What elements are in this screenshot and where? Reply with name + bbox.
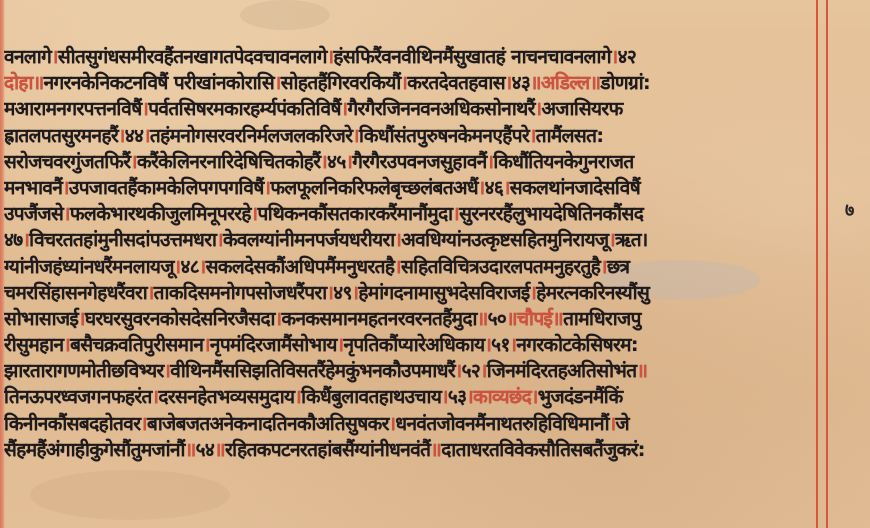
text-segment: तामैंलसत: — [536, 125, 604, 147]
rubric-segment: । — [147, 282, 154, 304]
rubric-segment: । — [611, 46, 618, 68]
text-segment: सुरनररहैंलुभायदेषितिनकौंसद — [459, 203, 643, 225]
text-segment: सरोजचवरगुंजतफिरैं — [4, 151, 130, 173]
rubric-segment: दोहा — [4, 72, 33, 94]
text-segment: दरसनहेतभव्यसमुदाय — [158, 386, 294, 408]
text-segment: धनवंतजोवनमैंनाथतरुहिविधिमानौं — [395, 413, 609, 435]
text-segment: उपजैंजसे — [4, 203, 63, 225]
text-segment: डोणग्रां: — [600, 72, 650, 94]
text-segment: ह्रातलपतसुरमनहरैं — [4, 125, 118, 147]
rubric-segment: । — [529, 125, 536, 147]
rubric-segment: ॥ — [33, 72, 44, 94]
rubric-segment: । — [600, 256, 607, 278]
text-segment: फलकेभारथकीजुलमिनूपररहे — [70, 203, 251, 225]
text-segment: सहितविचित्रउदारलपतमनुहरतुहै — [401, 256, 600, 278]
text-segment: बसैचक्रवतिपुरीसमान — [70, 334, 203, 356]
marginal-folio-note: ७ — [845, 198, 854, 222]
text-segment: करैंकेलिनरनारिदेषिचितकोहरैं — [137, 151, 320, 173]
rubric-segment: । — [455, 360, 462, 382]
text-segment: करतदेवतहवास — [407, 72, 505, 94]
text-segment: ताकदिसमनोगपसोजधरैंपरा — [154, 282, 327, 304]
rubric-segment: । — [480, 360, 487, 382]
paper-stain — [30, 470, 230, 520]
text-segment: जिनमंदिरतहअतिसोभंत — [487, 360, 637, 382]
text-line: सैंहमहैंअंगाहीकुगेसौंतुमजांनौं॥५४॥रहितकप… — [4, 437, 834, 463]
rubric-segment: । — [118, 125, 125, 147]
text-segment: पर्वतसिषरमकारहर्म्यपंकतिविषैं — [148, 98, 341, 120]
text-segment: कनकसमानमहतनरवरनतहैंमुदा — [281, 308, 476, 330]
text-line: सरोजचवरगुंजतफिरैं।करैंकेलिनरनारिदेषिचितक… — [4, 149, 834, 175]
rubric-segment: । — [352, 125, 359, 147]
text-segment: हंसफिरैंवनवीथिनमैंसुखातहं नाचनचावनलागे — [333, 46, 611, 68]
text-segment: ४७ — [4, 229, 23, 251]
text-segment: ४५ — [327, 151, 346, 173]
text-segment: ४४ — [125, 125, 144, 147]
rubric-segment: ॥ — [552, 308, 563, 330]
text-segment: झारतारागणमोतीछविभ्यर — [4, 360, 164, 382]
text-segment: नगरकोटकेसिषरम: — [516, 334, 638, 356]
text-segment: पथिकनकौंसतकारकरैंमानौंमुदा — [258, 203, 453, 225]
rubric-segment: अडिल्ल — [541, 72, 590, 94]
text-segment: सीतसुगंधसमीरवहैंतनखागतपेदवचावनलागे — [58, 46, 327, 68]
rubric-segment: । — [531, 386, 538, 408]
rubric-segment: । — [51, 46, 58, 68]
text-segment: अवधिग्यांनउत्कृष्टसहितमुनिरायजू — [401, 229, 608, 251]
text-segment: तहंमनोगसरवरनिर्मलजलकरिजरे — [150, 125, 352, 147]
text-segment: किधैंबुलावतहाथउचाय — [301, 386, 441, 408]
text-segment: हेमरत्नकरिनस्यौंसु — [536, 282, 649, 304]
text-segment: बाजेबजतअनेकनादतिनकौअतिसुषकर — [147, 413, 389, 435]
text-segment: किधौंसंतपुरुषनकेमनएहैंपरे — [359, 125, 529, 147]
paper-stain — [240, 0, 330, 30]
text-segment: छत्र — [607, 256, 630, 278]
text-segment: नगरनकेनिकटनविषैं परीखांनकोरासि — [44, 72, 274, 94]
text-segment: ४९ — [333, 282, 352, 304]
rubric-segment: । — [78, 308, 85, 330]
text-segment: ५४ — [196, 439, 215, 461]
rubric-segment: ॥ — [590, 72, 601, 94]
text-segment: जे — [616, 413, 630, 435]
rubric-segment: ॥ — [214, 439, 225, 461]
text-segment: रीसुमहान — [4, 334, 63, 356]
rubric-segment: । — [503, 177, 510, 199]
text-line: ह्रातलपतसुरमनहरैं।४४।तहंमनोगसरवरनिर्मलजल… — [4, 123, 834, 149]
rubric-segment: । — [199, 256, 206, 278]
text-segment: ऋत। — [615, 229, 647, 251]
text-segment: चमरसिंहासनगेहधरैंवरा — [4, 282, 147, 304]
rubric-segment: । — [505, 72, 512, 94]
text-segment: सकलथांनजादेसविषैं — [510, 177, 640, 199]
text-segment: किनीनकौंसबदहोतवर — [4, 413, 140, 435]
rubric-segment: । — [394, 256, 401, 278]
manuscript-text-block: वनलागे।सीतसुगंधसमीरवहैंतनखागतपेदवचावनलाग… — [4, 44, 834, 463]
text-segment: विचरततहांमुनीसदांपउत्तमधरा — [29, 229, 216, 251]
rubric-segment: । — [251, 203, 258, 225]
text-segment: गैरगैरजिननवनअधिकसोनाथरैं — [347, 98, 534, 120]
text-segment: दाताधरतविवेकसौतिसबतैंजुकरं: — [441, 439, 645, 461]
rubric-segment: ॥ — [636, 360, 647, 382]
text-segment: ४३ — [512, 72, 531, 94]
rubric-segment: । — [143, 125, 150, 147]
text-line: तिनऊपरध्वजगनफहरंत।दरसनहेतभव्यसमुदाय।किधै… — [4, 384, 834, 410]
rubric-segment: ॥ — [430, 439, 441, 461]
text-segment: ४२ — [618, 46, 637, 68]
rubric-segment: । — [63, 203, 70, 225]
text-segment: उपजावतहैंकामकेलिपगपगविषैं — [69, 177, 264, 199]
rubric-segment: चौपई — [517, 308, 552, 330]
rubric-segment: । — [441, 386, 448, 408]
text-segment: मआरामनगरपत्तनविषैं — [4, 98, 142, 120]
text-line: ४७।विचरततहांमुनीसदांपउत्तमधरा।केवलग्यांन… — [4, 227, 834, 253]
text-segment: सोभासाजई — [4, 308, 78, 330]
text-line: सोभासाजई।घरघरसुवरनकोसदेसनिरजैसदा।कनकसमान… — [4, 306, 834, 332]
rubric-segment: । — [216, 229, 223, 251]
text-line: मआरामनगरपत्तनविषैं।पर्वतसिषरमकारहर्म्यपं… — [4, 96, 834, 122]
text-segment: हेमांगदनामासुभदेसविराजई — [358, 282, 529, 304]
rubric-segment: ॥ — [530, 72, 541, 94]
text-segment: ५० — [488, 308, 507, 330]
text-line: वनलागे।सीतसुगंधसमीरवहैंतनखागतपेदवचावनलाग… — [4, 44, 834, 70]
text-segment: मनभावनैं — [4, 177, 62, 199]
text-segment: गैरगैरउपवनजसुहावनैं — [352, 151, 487, 173]
rubric-segment: । — [203, 334, 210, 356]
text-line: चमरसिंहासनगेहधरैंवरा।ताकदिसमनोगपसोजधरैंप… — [4, 280, 834, 306]
text-segment: वीथिनमैंससिझतिविसतरैंहेमकुंभनकौउपमाधरैं — [170, 360, 455, 382]
text-segment: सोहतहैंगिरवरकियौं — [281, 72, 401, 94]
text-segment: भुजदंडनमैंकिं — [538, 386, 623, 408]
rubric-segment: । — [609, 413, 616, 435]
text-segment: फलफूलनिकरिफलेबृच्छलंबतअधैं — [270, 177, 478, 199]
text-segment: तामधिराजपु — [563, 308, 641, 330]
rubric-segment: ॥ — [506, 308, 517, 330]
rubric-segment: ॥ — [185, 439, 196, 461]
text-segment: ग्यांनीजहंध्यांनधरैंमनलायजू — [4, 256, 174, 278]
text-segment: ५३ — [448, 386, 467, 408]
text-segment: ४६ — [485, 177, 504, 199]
text-segment: सैंहमहैंअंगाहीकुगेसौंतुमजांनौं — [4, 439, 185, 461]
text-segment: नृपतिकौंप्यारेअधिकाय — [343, 334, 484, 356]
text-segment: नृपमंदिरजामैंसोभाय — [210, 334, 337, 356]
rubric-segment: काव्यछंद — [473, 386, 531, 408]
text-segment: तिनऊपरध्वजगनफहरंत — [4, 386, 152, 408]
rubric-segment: । — [62, 177, 69, 199]
manuscript-page: वनलागे।सीतसुगंधसमीरवहैंतनखागतपेदवचावनलाग… — [0, 0, 870, 528]
text-segment: ५१ — [491, 334, 510, 356]
text-line: रीसुमहान।बसैचक्रवतिपुरीसमान।नृपमंदिरजामै… — [4, 332, 834, 358]
rubric-segment: । — [274, 72, 281, 94]
text-segment: सकलदेसकौंअधिपमैंमनुधरतहै — [206, 256, 395, 278]
text-segment: ५२ — [462, 360, 481, 382]
text-line: किनीनकौंसबदहोतवर।बाजेबजतअनेकनादतिनकौअतिस… — [4, 411, 834, 437]
text-segment: अजासियरफ — [541, 98, 622, 120]
text-line: ग्यांनीजहंध्यांनधरैंमनलायजू।४८।सकलदेसकौं… — [4, 254, 834, 280]
text-segment: रहितकपटनरतहांबसैंग्यांनीधनवंतैं — [225, 439, 430, 461]
text-line: झारतारागणमोतीछविभ्यर।वीथिनमैंससिझतिविसतर… — [4, 358, 834, 384]
text-line: उपजैंजसे।फलकेभारथकीजुलमिनूपररहे।पथिकनकौं… — [4, 201, 834, 227]
text-line: मनभावनैं।उपजावतहैंकामकेलिपगपगविषैं।फलफूल… — [4, 175, 834, 201]
rubric-segment: ॥ — [477, 308, 488, 330]
text-segment: किधौंतियनकेगुनराजत — [493, 151, 633, 173]
text-segment: केवलग्यांनीमनपर्जयधरीयरा — [223, 229, 395, 251]
text-segment: वनलागे — [4, 46, 51, 68]
text-segment: घरघरसुवरनकोसदेसनिरजैसदा — [85, 308, 275, 330]
text-line: दोहा॥नगरनकेनिकटनविषैं परीखांनकोरासि।सोहत… — [4, 70, 834, 96]
rubric-segment: । — [478, 177, 485, 199]
text-segment: ४८ — [180, 256, 199, 278]
